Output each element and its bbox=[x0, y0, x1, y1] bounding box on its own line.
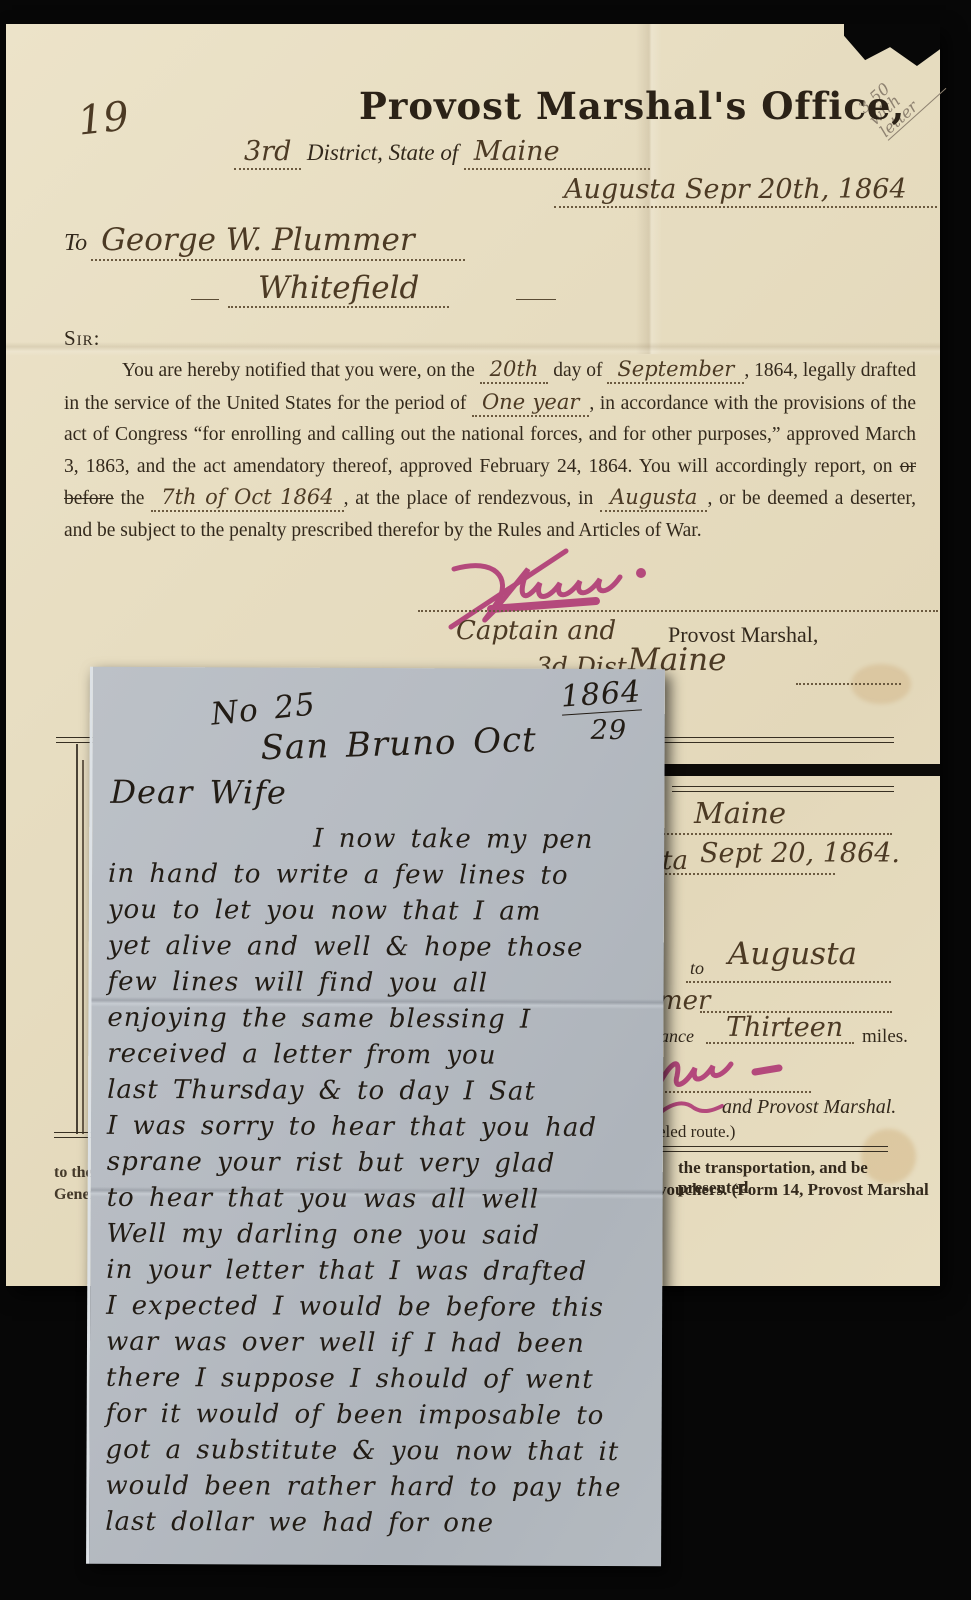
file-number: 19 bbox=[76, 93, 131, 144]
dotted-line bbox=[796, 682, 901, 685]
district-state-fill: Maine bbox=[464, 136, 650, 170]
torn-corner bbox=[844, 24, 940, 66]
dotted-line bbox=[706, 1041, 854, 1044]
signature-tail-ink bbox=[654, 1096, 724, 1122]
dateline: Augusta Sepr 20th, 1864 bbox=[554, 174, 937, 208]
body-text: the bbox=[114, 488, 151, 509]
month-fill: September bbox=[607, 357, 744, 384]
notice-body: You are hereby notified that you were, o… bbox=[64, 354, 916, 546]
letter-line: sprane your rist but very glad bbox=[107, 1147, 655, 1185]
transport-caption-fragment: and Provost Marshal. bbox=[722, 1096, 896, 1119]
letter-line: I expected I would be before this bbox=[106, 1291, 654, 1329]
fine-print-line: vouchers. (Form 14, Provost Marshal bbox=[658, 1180, 929, 1200]
letter-line: received a letter from you bbox=[107, 1039, 655, 1077]
district-line: 3rd District, State of Maine bbox=[234, 136, 650, 167]
letter-salutation: Dear Wife bbox=[110, 773, 287, 812]
letter-line: you to let you now that I am bbox=[108, 895, 656, 933]
letter-line: few lines will find you all bbox=[107, 967, 655, 1005]
letter-line: I was sorry to hear that you had bbox=[107, 1111, 655, 1149]
letter-line: Well my darling one you said bbox=[106, 1219, 654, 1257]
letter-line: there I suppose I should of went bbox=[106, 1363, 654, 1401]
office-title: Provost Marshal's Office, bbox=[359, 84, 905, 128]
salutation: Sir: bbox=[64, 326, 101, 351]
letter-line: last Thursday & to day I Sat bbox=[107, 1075, 655, 1113]
rule-double bbox=[658, 1146, 888, 1152]
recipient-line: To George W. Plummer bbox=[64, 222, 465, 258]
transport-date-fill: Sept 20, 1864. bbox=[700, 838, 900, 869]
dotted-line bbox=[660, 872, 835, 875]
transport-signature-ink bbox=[651, 1046, 801, 1096]
letter-line: in hand to write a few lines to bbox=[108, 859, 656, 897]
form-box-border bbox=[82, 760, 84, 1134]
letter-line: I now take my pen bbox=[108, 823, 656, 861]
letter-day: 29 bbox=[591, 715, 627, 746]
form-box-border bbox=[76, 744, 78, 1134]
day-fill: 20th bbox=[480, 357, 549, 384]
letter-line: in your letter that I was drafted bbox=[106, 1255, 654, 1293]
caption-script: Captain and bbox=[456, 616, 616, 646]
letter-body: I now take my pen in hand to write a few… bbox=[105, 823, 656, 1545]
to-label: To bbox=[64, 230, 87, 256]
handwritten-letter: No 25 1864 29 San Bruno Oct Dear Wife I … bbox=[86, 667, 665, 1567]
signature-line bbox=[418, 609, 938, 612]
body-text: , at the place of rendezvous, in bbox=[344, 488, 600, 509]
transport-to-label: to bbox=[690, 958, 704, 979]
form-box-border bbox=[54, 1132, 92, 1138]
recipient-town: Whitefield bbox=[228, 270, 449, 308]
district-printed-label: District, State of bbox=[307, 140, 458, 165]
letter-line: for it would of been imposable to bbox=[106, 1399, 654, 1437]
transport-destination-fill: Augusta bbox=[728, 936, 857, 972]
letter-line: to hear that you was all well bbox=[107, 1183, 655, 1221]
report-date-fill: 7th of Oct 1864 bbox=[151, 485, 343, 512]
dotted-line bbox=[660, 832, 892, 835]
dotted-line bbox=[656, 1090, 811, 1093]
distance-fill: Thirteen bbox=[726, 1012, 843, 1043]
letter-line: last dollar we had for one bbox=[105, 1507, 653, 1545]
letter-place-date: San Bruno Oct bbox=[260, 720, 537, 768]
body-text: You are hereby notified that you were, o… bbox=[122, 360, 480, 381]
district-number-fill: 3rd bbox=[234, 136, 301, 170]
dotted-line bbox=[686, 980, 891, 983]
letter-number: No 25 bbox=[209, 686, 317, 732]
photo-backdrop: 3 50 with letter 19 Provost Marshal's Of… bbox=[0, 0, 971, 1600]
letter-line: war was over well if I had been bbox=[106, 1327, 654, 1365]
letter-year: 1864 bbox=[560, 674, 643, 715]
line-segment bbox=[516, 298, 556, 300]
distance-label-fragment: ance bbox=[660, 1026, 694, 1047]
place-fill: Augusta bbox=[600, 485, 707, 512]
recipient-name: George W. Plummer bbox=[91, 222, 464, 261]
miles-label: miles. bbox=[862, 1026, 908, 1048]
recipient-town-line: Whitefield bbox=[196, 270, 449, 306]
divider-double-rule bbox=[672, 786, 894, 792]
letter-line: would been rather hard to pay the bbox=[105, 1471, 653, 1509]
letter-line: got a substitute & you now that it bbox=[105, 1435, 653, 1473]
line-segment bbox=[191, 298, 219, 300]
letter-line: yet alive and well & hope those bbox=[108, 931, 656, 969]
transport-state-fill: Maine bbox=[694, 796, 786, 830]
body-text: day of bbox=[548, 360, 607, 381]
route-note-fragment: eled route.) bbox=[658, 1122, 735, 1142]
letter-line: enjoying the same blessing I bbox=[107, 1003, 655, 1041]
period-fill: One year bbox=[472, 390, 589, 417]
